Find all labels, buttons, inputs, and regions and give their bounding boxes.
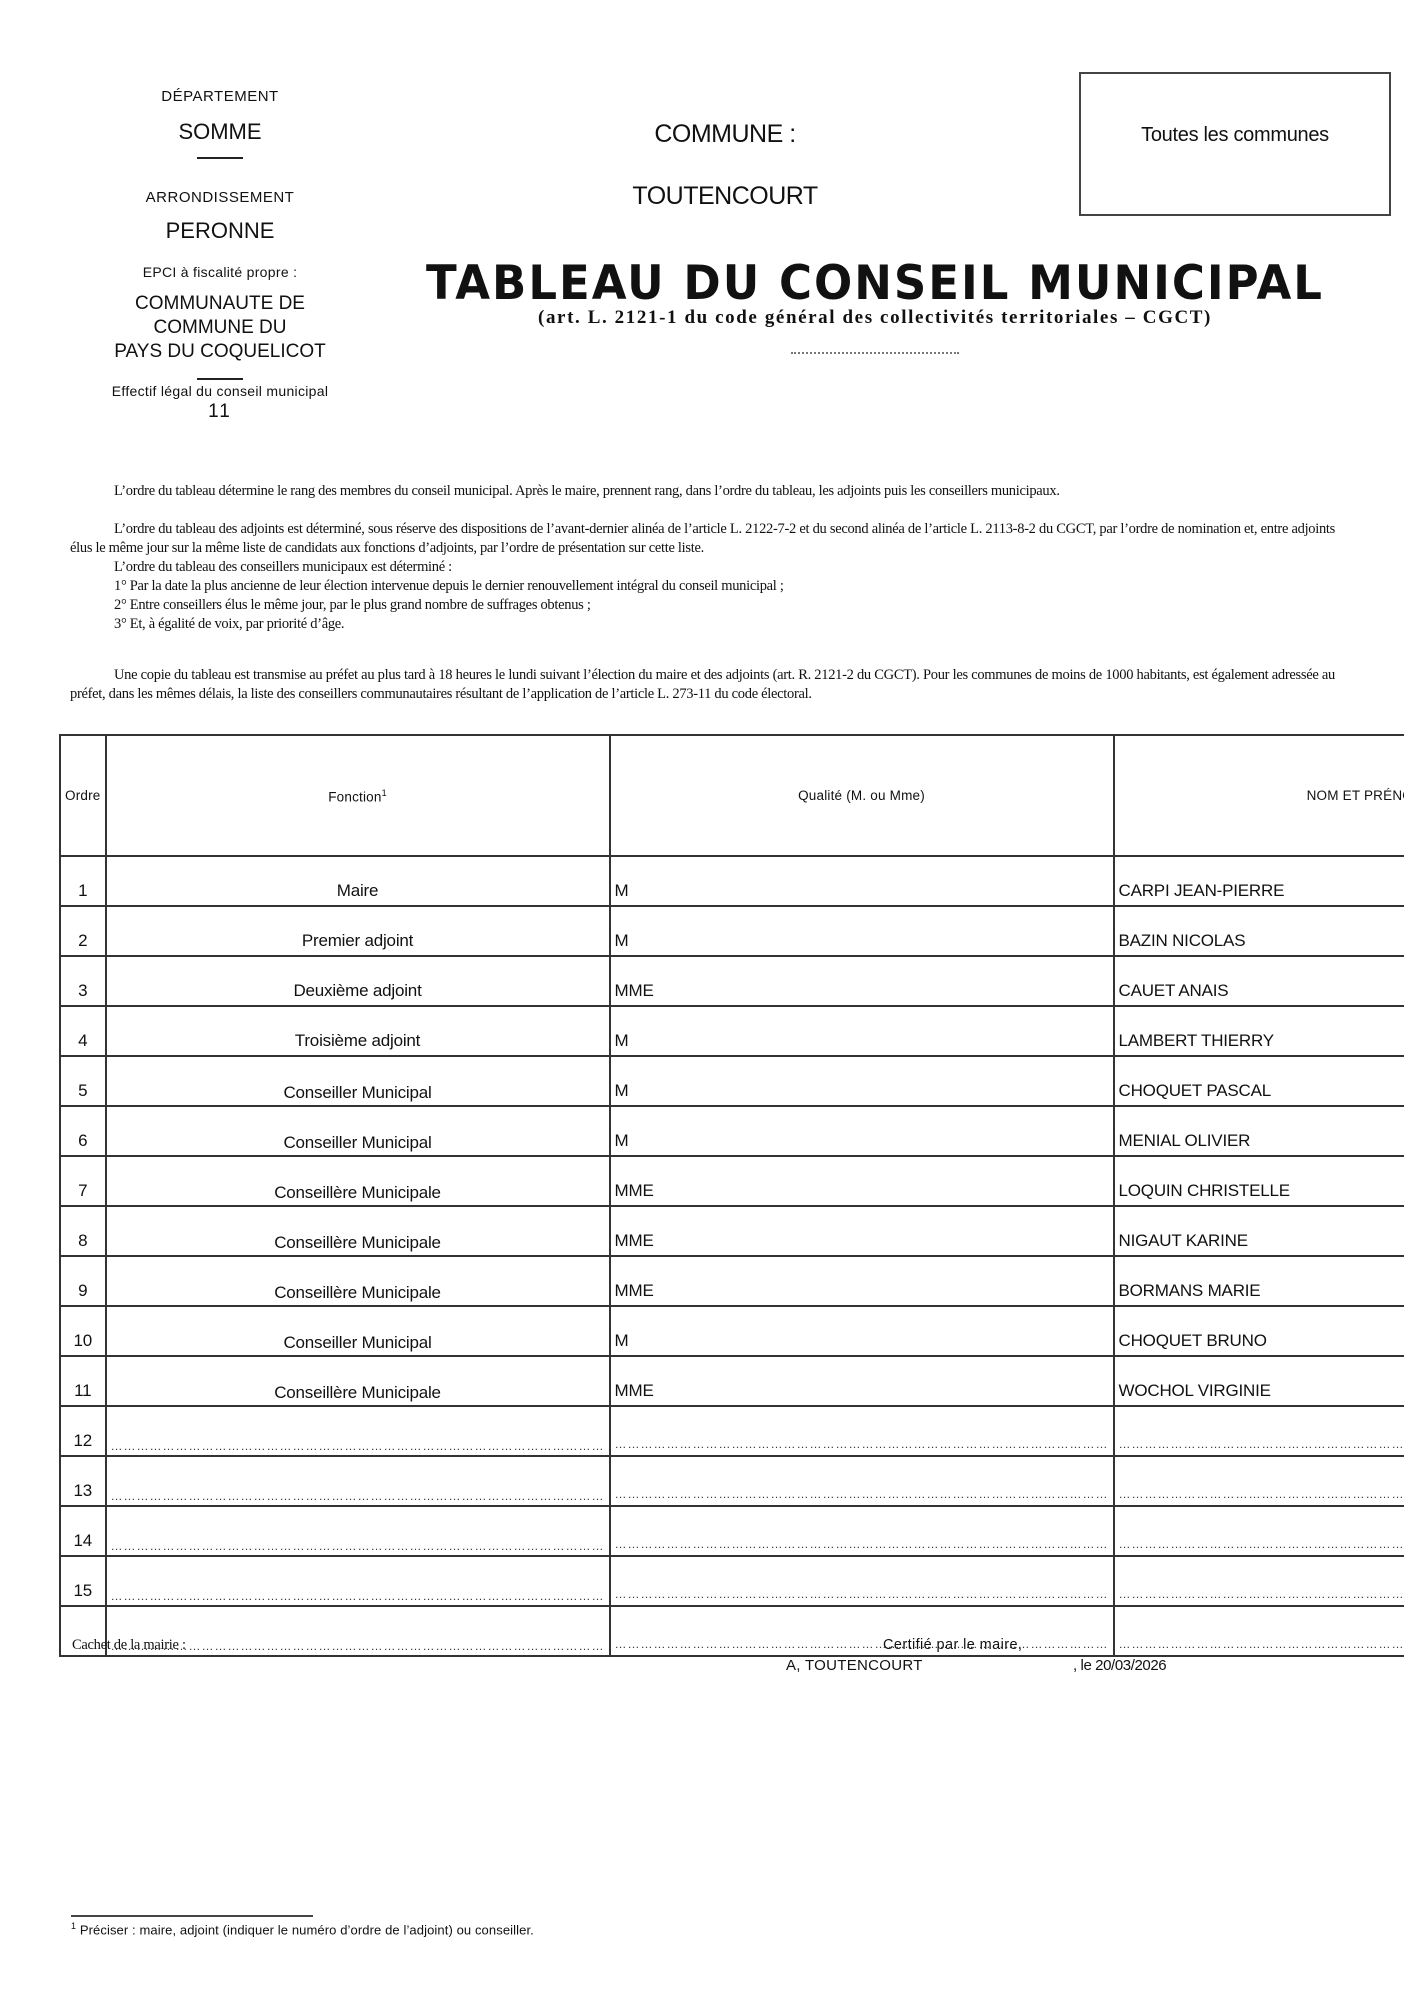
- cell-fonction: ……………………………………………………………………………………………………: [106, 1556, 610, 1606]
- page-subtitle: (art. L. 2121-1 du code général des coll…: [400, 307, 1350, 329]
- table-row: 2Premier adjointMBAZIN NICOLAS05/01/1976…: [60, 906, 1404, 956]
- cell-fonction: Premier adjoint: [106, 906, 610, 956]
- footnote: 1 Préciser : maire, adjoint (indiquer le…: [71, 1921, 534, 1937]
- table-row: 3Deuxième adjointMMECAUET ANAIS14/09/199…: [60, 956, 1404, 1006]
- cell-nom: CARPI JEAN-PIERRE: [1114, 856, 1404, 906]
- blank-field-placeholder: ……………………………………………………………………………………………………: [615, 1537, 1109, 1551]
- epci-label: EPCI à fiscalité propre :: [60, 264, 380, 280]
- cell-qualite: MME: [610, 1156, 1114, 1206]
- footnote-ref: 1: [382, 788, 387, 798]
- table-row: 15………………………………………………………………………………………………………: [60, 1556, 1404, 1606]
- footnote-mark: 1: [71, 1921, 76, 1931]
- cell-fonction: Deuxième adjoint: [106, 956, 610, 1006]
- column-header-fonction: Fonction1: [106, 735, 610, 856]
- table-row: 7Conseillère MunicipaleMMELOQUIN CHRISTE…: [60, 1156, 1404, 1206]
- column-header-label: Fonction: [328, 790, 381, 805]
- cell-fonction: Conseillère Municipale: [106, 1156, 610, 1206]
- column-header-label: NOM ET PRÉNOM: [1307, 788, 1404, 803]
- blank-field-placeholder: ……………………………………………………………………………………………………: [1119, 1437, 1404, 1451]
- cell-nom: BORMANS MARIE: [1114, 1256, 1404, 1306]
- cell-qualite: M: [610, 856, 1114, 906]
- table-row: 11Conseillère MunicipaleMMEWOCHOL VIRGIN…: [60, 1356, 1404, 1406]
- effectif-label: Effectif légal du conseil municipal: [60, 383, 380, 399]
- paragraph-ordre-tableau: L’ordre du tableau détermine le rang des…: [70, 482, 1335, 501]
- cell-nom: BAZIN NICOLAS: [1114, 906, 1404, 956]
- table-row: 1MaireMCARPI JEAN-PIERRE11/08/196220/03/…: [60, 856, 1404, 906]
- cell-fonction: ……………………………………………………………………………………………………: [106, 1506, 610, 1556]
- title-divider: [791, 352, 959, 354]
- blank-field-placeholder: ……………………………………………………………………………………………………: [615, 1437, 1109, 1451]
- arrondissement-value: PERONNE: [60, 218, 380, 244]
- departement-value: SOMME: [60, 119, 380, 145]
- footnote-text: Préciser : maire, adjoint (indiquer le n…: [80, 1922, 534, 1937]
- cell-fonction: Conseiller Municipal: [106, 1106, 610, 1156]
- paragraph-transmission: Une copie du tableau est transmise au pr…: [70, 666, 1335, 704]
- page-title: TABLEAU DU CONSEIL MUNICIPAL: [400, 255, 1350, 311]
- cell-nom: MENIAL OLIVIER: [1114, 1106, 1404, 1156]
- cell-nom: ……………………………………………………………………………………………………: [1114, 1506, 1404, 1556]
- cell-nom: WOCHOL VIRGINIE: [1114, 1356, 1404, 1406]
- cell-qualite: MME: [610, 1206, 1114, 1256]
- blank-field-placeholder: ……………………………………………………………………………………………………: [111, 1439, 605, 1453]
- cell-nom: ……………………………………………………………………………………………………: [1114, 1406, 1404, 1456]
- paragraph-ordre-conseillers: L’ordre du tableau des conseillers munic…: [70, 558, 1379, 577]
- cell-ordre: 7: [60, 1156, 106, 1206]
- column-header-qualite: Qualité (M. ou Mme): [610, 735, 1114, 856]
- cell-nom: ……………………………………………………………………………………………………: [1114, 1456, 1404, 1506]
- blank-field-placeholder: ……………………………………………………………………………………………………: [615, 1637, 1109, 1651]
- cell-ordre: 5: [60, 1056, 106, 1106]
- blank-field-placeholder: ……………………………………………………………………………………………………: [111, 1539, 605, 1553]
- table-body: 1MaireMCARPI JEAN-PIERRE11/08/196220/03/…: [60, 856, 1404, 1656]
- paragraph-rule-3: 3° Et, à égalité de voix, par priorité d…: [70, 615, 1379, 634]
- paragraph-rule-2: 2° Entre conseillers élus le même jour, …: [70, 596, 1379, 615]
- cell-ordre: 3: [60, 956, 106, 1006]
- cell-qualite: ……………………………………………………………………………………………………: [610, 1556, 1114, 1606]
- divider: [197, 378, 243, 380]
- table-header-row: OrdreFonction1Qualité (M. ou Mme)NOM ET …: [60, 735, 1404, 856]
- table-row: 5Conseiller MunicipalMCHOQUET PASCAL10/0…: [60, 1056, 1404, 1106]
- cell-nom: NIGAUT KARINE: [1114, 1206, 1404, 1256]
- column-header-nom: NOM ET PRÉNOM: [1114, 735, 1404, 856]
- paragraph-rule-1: 1° Par la date la plus ancienne de leur …: [70, 577, 1379, 596]
- cell-qualite: MME: [610, 1256, 1114, 1306]
- cell-fonction: Conseiller Municipal: [106, 1056, 610, 1106]
- cell-fonction: Maire: [106, 856, 610, 906]
- administrative-header: DÉPARTEMENT SOMME ARRONDISSEMENT PERONNE…: [60, 88, 380, 423]
- cell-nom: CHOQUET BRUNO: [1114, 1306, 1404, 1356]
- cell-ordre: 1: [60, 856, 106, 906]
- cell-ordre: 9: [60, 1256, 106, 1306]
- signature-date: , le 20/03/2026: [1073, 1657, 1166, 1674]
- cell-ordre: 8: [60, 1206, 106, 1256]
- certifie-label: Certifié par le maire,: [883, 1637, 1022, 1653]
- table-row: 8Conseillère MunicipaleMMENIGAUT KARINE1…: [60, 1206, 1404, 1256]
- cell-ordre: 4: [60, 1006, 106, 1056]
- epci-line: COMMUNAUTE DE: [60, 292, 380, 316]
- paragraph-ordre-adjoints: L’ordre du tableau des adjoints est déte…: [70, 520, 1335, 558]
- cell-ordre: 2: [60, 906, 106, 956]
- table-row: 14………………………………………………………………………………………………………: [60, 1506, 1404, 1556]
- blank-field-placeholder: ……………………………………………………………………………………………………: [1119, 1487, 1404, 1501]
- cell-nom: CHOQUET PASCAL: [1114, 1056, 1404, 1106]
- epci-line: COMMUNE DU: [60, 316, 380, 340]
- cell-ordre: 15: [60, 1556, 106, 1606]
- column-header-label: Ordre: [65, 788, 101, 803]
- blank-field-placeholder: ……………………………………………………………………………………………………: [615, 1487, 1109, 1501]
- arrondissement-label: ARRONDISSEMENT: [60, 189, 380, 206]
- cell-fonction: Conseiller Municipal: [106, 1306, 610, 1356]
- blank-field-placeholder: ……………………………………………………………………………………………………: [111, 1489, 605, 1503]
- effectif-value: 11: [60, 401, 380, 423]
- epci-line: PAYS DU COQUELICOT: [60, 340, 380, 364]
- communes-scope-text: Toutes les communes: [1081, 124, 1389, 147]
- cachet-label: Cachet de la mairie :: [72, 1637, 186, 1654]
- cell-qualite: ……………………………………………………………………………………………………: [610, 1456, 1114, 1506]
- blank-field-placeholder: ……………………………………………………………………………………………………: [1119, 1537, 1404, 1551]
- cell-ordre: 6: [60, 1106, 106, 1156]
- blank-field-placeholder: ……………………………………………………………………………………………………: [1119, 1637, 1404, 1651]
- table-row: 6Conseiller MunicipalMMENIAL OLIVIER14/0…: [60, 1106, 1404, 1156]
- table-row: 9Conseillère MunicipaleMMEBORMANS MARIE1…: [60, 1256, 1404, 1306]
- cell-fonction: Conseillère Municipale: [106, 1256, 610, 1306]
- divider: [197, 157, 243, 159]
- table-row: 12………………………………………………………………………………………………………: [60, 1406, 1404, 1456]
- departement-label: DÉPARTEMENT: [60, 88, 380, 105]
- cell-ordre: 12: [60, 1406, 106, 1456]
- cell-nom: ……………………………………………………………………………………………………: [1114, 1606, 1404, 1656]
- communes-scope-box: Toutes les communes: [1079, 72, 1391, 216]
- signature-place: A, TOUTENCOURT: [786, 1657, 923, 1674]
- column-header-ordre: Ordre: [60, 735, 106, 856]
- council-table: OrdreFonction1Qualité (M. ou Mme)NOM ET …: [59, 734, 1404, 1657]
- cell-qualite: M: [610, 1056, 1114, 1106]
- cell-ordre: 11: [60, 1356, 106, 1406]
- cell-qualite: MME: [610, 1356, 1114, 1406]
- cell-qualite: M: [610, 1306, 1114, 1356]
- cell-qualite: ……………………………………………………………………………………………………: [610, 1606, 1114, 1656]
- commune-label: COMMUNE :: [560, 120, 890, 149]
- cell-nom: CAUET ANAIS: [1114, 956, 1404, 1006]
- cell-qualite: ……………………………………………………………………………………………………: [610, 1506, 1114, 1556]
- cell-nom: LOQUIN CHRISTELLE: [1114, 1156, 1404, 1206]
- cell-qualite: MME: [610, 956, 1114, 1006]
- cell-ordre: 10: [60, 1306, 106, 1356]
- blank-field-placeholder: ……………………………………………………………………………………………………: [111, 1589, 605, 1603]
- column-header-label: Qualité (M. ou Mme): [798, 788, 925, 803]
- cell-fonction: ……………………………………………………………………………………………………: [106, 1456, 610, 1506]
- table-row: 4Troisième adjointMLAMBERT THIERRY25/08/…: [60, 1006, 1404, 1056]
- cell-nom: LAMBERT THIERRY: [1114, 1006, 1404, 1056]
- cell-qualite: M: [610, 1106, 1114, 1156]
- cell-fonction: Troisième adjoint: [106, 1006, 610, 1056]
- table-row: ……………………………………………………………………………………………………………: [60, 1606, 1404, 1656]
- epci-value: COMMUNAUTE DE COMMUNE DU PAYS DU COQUELI…: [60, 292, 380, 364]
- commune-value: TOUTENCOURT: [560, 182, 890, 211]
- cell-qualite: ……………………………………………………………………………………………………: [610, 1406, 1114, 1456]
- blank-field-placeholder: ……………………………………………………………………………………………………: [615, 1587, 1109, 1601]
- cell-ordre: 13: [60, 1456, 106, 1506]
- cell-qualite: M: [610, 1006, 1114, 1056]
- cell-ordre: 14: [60, 1506, 106, 1556]
- cell-nom: ……………………………………………………………………………………………………: [1114, 1556, 1404, 1606]
- footnote-divider: [71, 1915, 313, 1917]
- cell-fonction: Conseillère Municipale: [106, 1206, 610, 1256]
- cell-qualite: M: [610, 906, 1114, 956]
- cell-fonction: ……………………………………………………………………………………………………: [106, 1406, 610, 1456]
- table-row: 13………………………………………………………………………………………………………: [60, 1456, 1404, 1506]
- blank-field-placeholder: ……………………………………………………………………………………………………: [1119, 1587, 1404, 1601]
- table-row: 10Conseiller MunicipalMCHOQUET BRUNO30/1…: [60, 1306, 1404, 1356]
- cell-fonction: Conseillère Municipale: [106, 1356, 610, 1406]
